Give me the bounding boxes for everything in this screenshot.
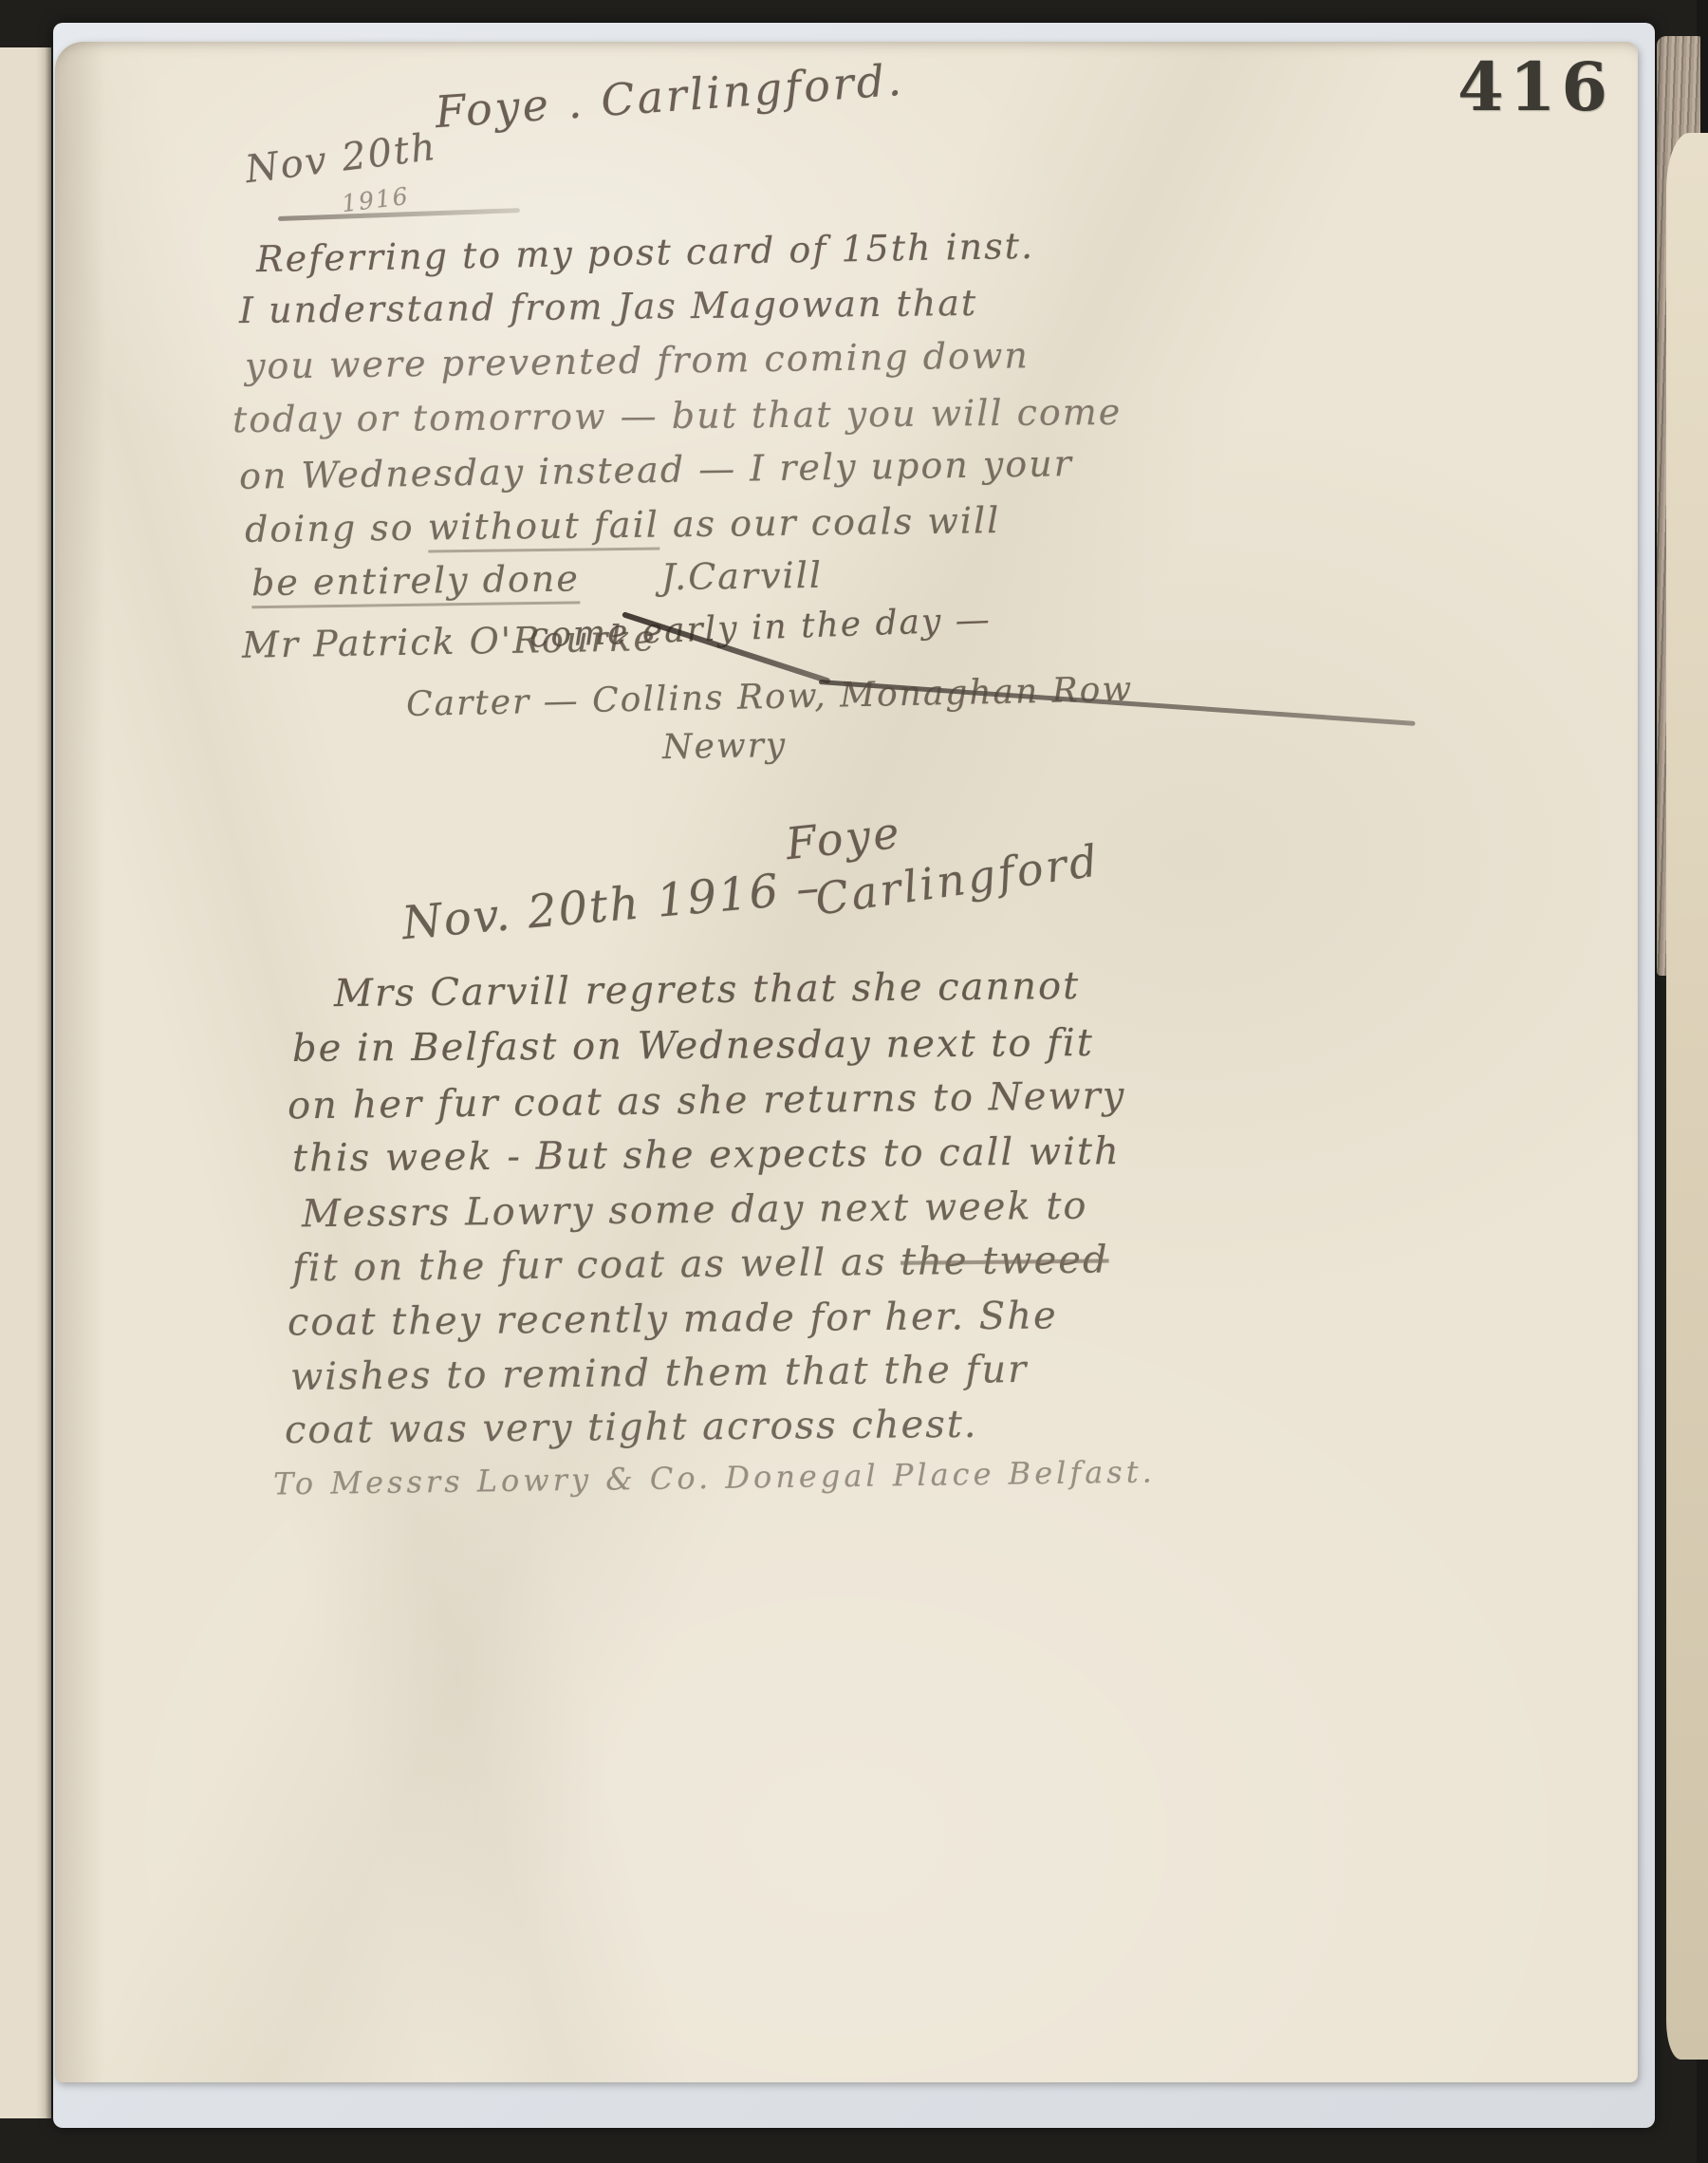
letter2-line-9: coat was very tight across chest. — [285, 1403, 978, 1452]
letter2-footer-address: To Messrs Lowry & Co. Donegal Place Belf… — [273, 1454, 1156, 1502]
letter2-line-8: wishes to remind them that the fur — [290, 1348, 1029, 1399]
letter2-line-5: Messrs Lowry some day next week to — [302, 1184, 1088, 1237]
facing-page-edge — [0, 47, 51, 2118]
letter1-line-6a: doing so — [245, 507, 428, 550]
letter2-line-7: coat they recently made for her. She — [288, 1294, 1058, 1344]
letter1-signature: J.Carvill — [660, 554, 823, 598]
letter1-line-7-underlined: be entirely done — [251, 557, 580, 608]
deckle-edge-page — [1666, 133, 1708, 2060]
letter1-line-4: today or tomorrow — but that you will co… — [232, 391, 1123, 440]
page-number: 416 — [1457, 47, 1613, 126]
letter1-address-line-1: Carter — Collins Row, Monaghan Row — [406, 670, 1134, 724]
letter1-line-2: I understand from Jas Magowan that — [239, 282, 978, 331]
letter2-date: Nov. 20th 1916 – — [399, 861, 823, 950]
letter2-line-1: Mrs Carvill regrets that she cannot — [334, 964, 1081, 1016]
letterbook-page: 416 Foye . Carlingford. Nov 20th 1916 Re… — [55, 42, 1638, 2082]
letter1-line-6c: as our coals will — [659, 499, 1001, 545]
letter2-line-6a: fit on the fur coat as well as — [292, 1240, 901, 1291]
letter2-heading: Foye — [784, 807, 904, 869]
letter1-line-1: Referring to my post card of 15th inst. — [256, 225, 1035, 280]
letter1-recipient: Mr Patrick O'Rourke — [242, 617, 658, 666]
letter1-line-3: you were prevented from coming down — [245, 334, 1030, 387]
letter1-line-6: doing so without fail as our coals will — [245, 499, 1001, 550]
letter2-line-3: on her fur coat as she returns to Newry — [288, 1074, 1126, 1128]
letter2-line-6-struck: the tweed — [900, 1238, 1109, 1283]
letter1-heading: Foye . Carlingford. — [434, 54, 906, 138]
letter2-line-2: be in Belfast on Wednesday next to fit — [292, 1021, 1094, 1071]
scanned-letterbook-photo: 416 Foye . Carlingford. Nov 20th 1916 Re… — [0, 0, 1708, 2163]
letter1-line-7: be entirely doneJ.Carvill — [251, 554, 824, 604]
letter1-line-6-underlined: without fail — [427, 504, 659, 553]
letter1-line-5: on Wednesday instead — I rely upon your — [239, 442, 1073, 497]
letter1-date: Nov 20th — [243, 125, 439, 192]
letter1-address-line-2: Newry — [662, 726, 788, 767]
letter2-line-4: this week - But she expects to call with — [292, 1129, 1121, 1181]
letter2-line-6: fit on the fur coat as well as the tweed — [292, 1238, 1109, 1290]
